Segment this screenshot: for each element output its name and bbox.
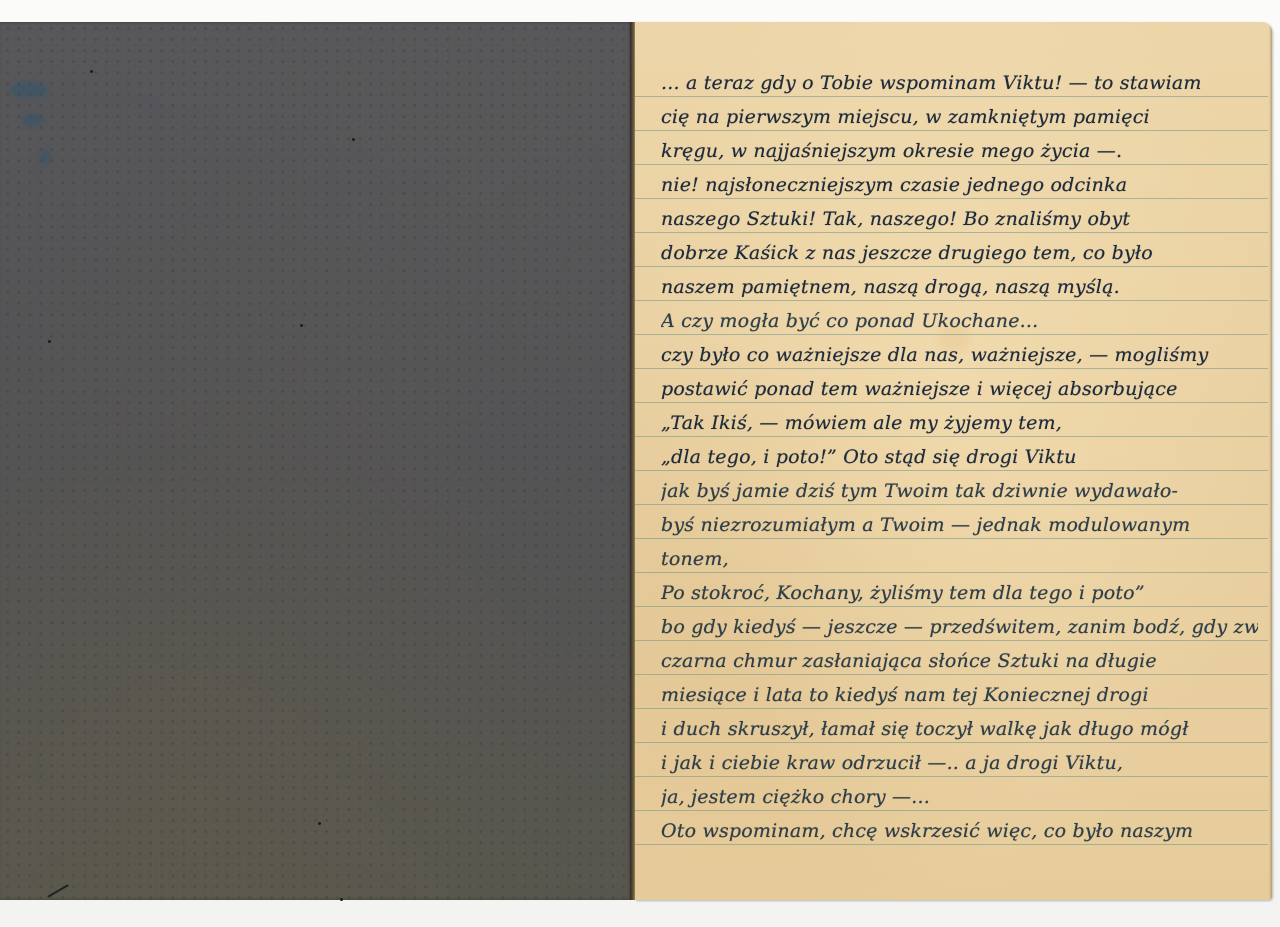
handwritten-line: i jak i ciebie kraw odrzucił —.. a ja dr… [661,748,1258,778]
handwritten-line: „Tak Ikiś, — mówiem ale my żyjemy tem, [661,408,1258,438]
handwritten-line: cię na pierwszym miejscu, w zamkniętym p… [661,102,1258,132]
handwritten-line: czy było co ważniejsze dla nas, ważniejs… [661,340,1258,370]
notebook-cover-left-page [0,22,632,900]
handwritten-line: miesiące i lata to kiedyś nam tej Koniec… [661,680,1258,710]
ink-stain [10,82,48,98]
scanned-notebook-spread: ... a teraz gdy o Tobie wspominam Viktu!… [0,0,1280,927]
ink-stain [22,114,44,126]
handwritten-line: kręgu, w najjaśniejszym okresie mego życ… [661,136,1258,166]
handwritten-line: bo gdy kiedyś — jeszcze — przedświtem, z… [661,612,1258,642]
handwritten-line: postawić ponad tem ważniejsze i więcej a… [661,374,1258,404]
handwritten-line: naszego Sztuki! Tak, naszego! Bo znaliśm… [661,204,1258,234]
handwritten-line: nie! najsłoneczniejszym czasie jednego o… [661,170,1258,200]
pencil-mark [47,884,69,898]
dirt-speck [340,898,343,901]
dirt-speck [300,324,303,327]
handwritten-line: naszem pamiętnem, naszą drogą, naszą myś… [661,272,1258,302]
handwritten-line: ja, jestem ciężko chory —... [661,782,1258,812]
handwritten-line: byś niezrozumiałym a Twoim — jednak modu… [661,510,1258,540]
notebook-ruled-right-page: ... a teraz gdy o Tobie wspominam Viktu!… [635,22,1272,900]
handwritten-line: „dla tego, i poto!” Oto stąd się drogi V… [661,442,1258,472]
handwritten-line: A czy mogła być co ponad Ukochane... [661,306,1258,336]
ink-stain [40,150,50,164]
handwritten-line: Oto wspominam, chcę wskrzesić więc, co b… [661,816,1258,846]
page-edge-shadow [1269,22,1272,900]
handwritten-line: ... a teraz gdy o Tobie wspominam Viktu!… [661,68,1258,98]
dirt-speck [352,138,355,141]
dirt-speck [318,822,321,825]
handwritten-line: Po stokroć, Kochany, żyliśmy tem dla teg… [661,578,1258,608]
dirt-speck [48,340,51,343]
dirt-speck [90,70,93,73]
handwritten-line: i duch skruszył, łamał się toczył walkę … [661,714,1258,744]
handwritten-line: dobrze Kaśick z nas jeszcze drugiego tem… [661,238,1258,268]
handwritten-line: czarna chmur zasłaniająca słońce Sztuki … [661,646,1258,676]
handwritten-line: tonem, [661,544,1258,574]
handwritten-line: jak byś jamie dziś tym Twoim tak dziwnie… [661,476,1258,506]
